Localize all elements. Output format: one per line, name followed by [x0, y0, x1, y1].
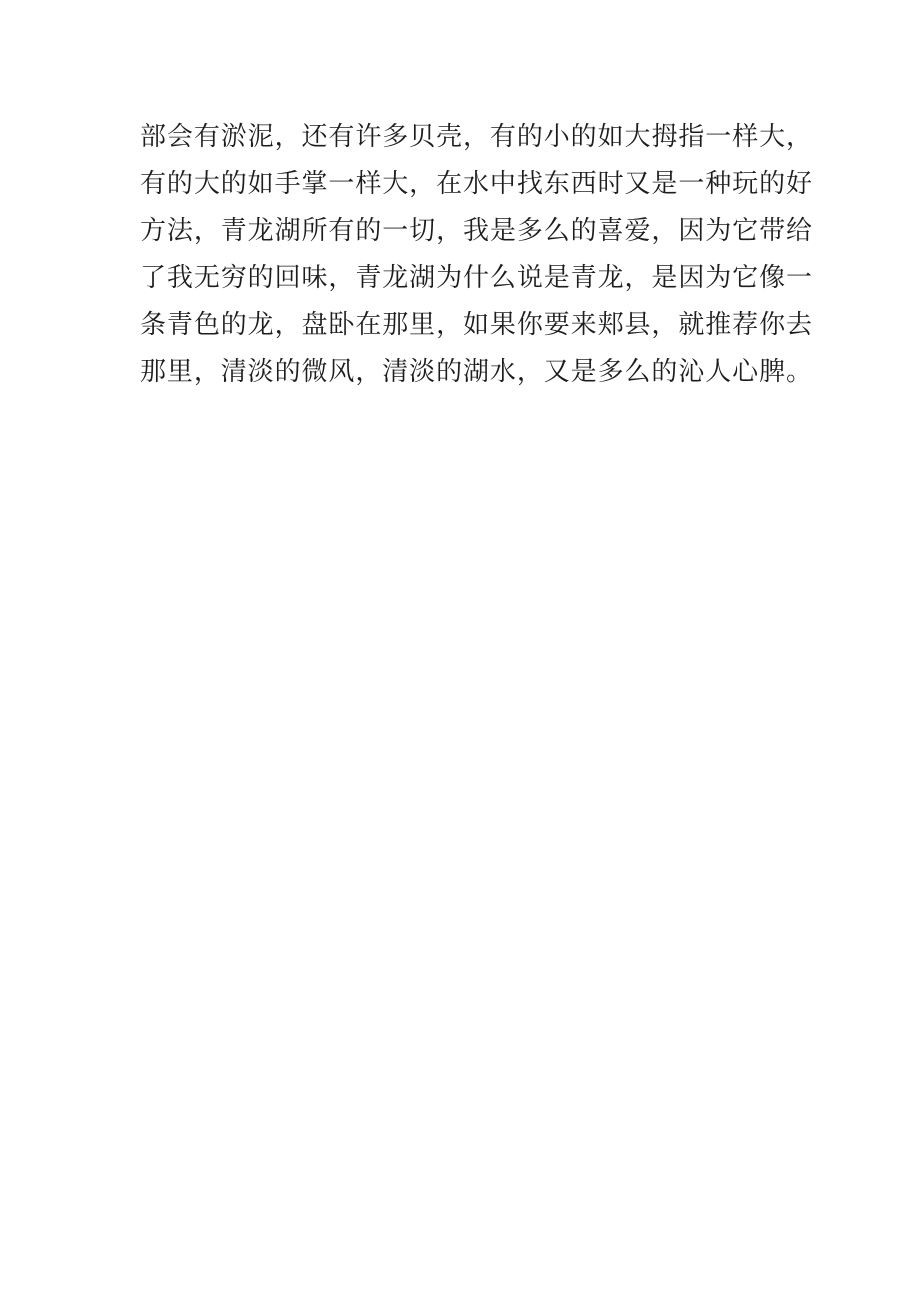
- paragraph-line: 方法，青龙湖所有的一切，我是多么的喜爱，因为它带给: [140, 207, 812, 254]
- essay-paragraph: 部会有淤泥，还有许多贝壳，有的小的如大拇指一样大， 有的大的如手掌一样大，在水中…: [140, 113, 812, 395]
- paragraph-line: 有的大的如手掌一样大，在水中找东西时又是一种玩的好: [140, 160, 812, 207]
- paragraph-line: 条青色的龙，盘卧在那里，如果你要来郏县，就推荐你去: [140, 301, 812, 348]
- paragraph-line: 了我无穷的回味，青龙湖为什么说是青龙，是因为它像一: [140, 254, 812, 301]
- document-page: 部会有淤泥，还有许多贝壳，有的小的如大拇指一样大， 有的大的如手掌一样大，在水中…: [0, 0, 920, 1302]
- paragraph-line: 那里，清淡的微风，清淡的湖水，又是多么的沁人心脾。: [140, 348, 812, 395]
- paragraph-line: 部会有淤泥，还有许多贝壳，有的小的如大拇指一样大，: [140, 113, 812, 160]
